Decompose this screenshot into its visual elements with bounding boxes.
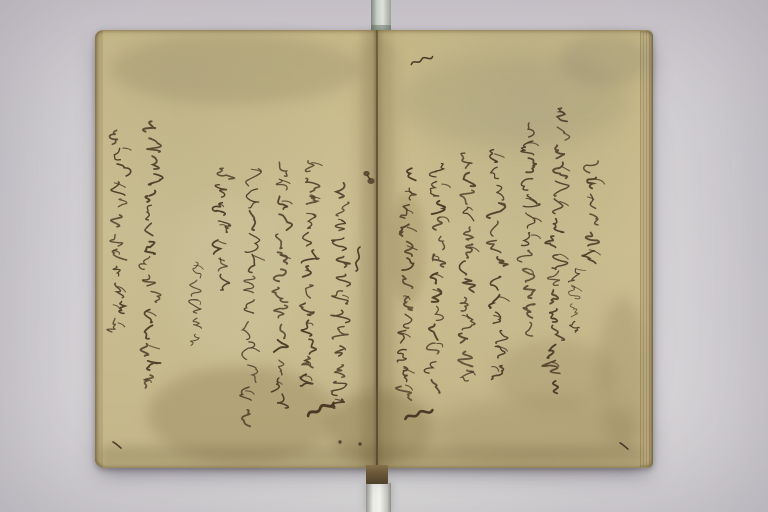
photograph (0, 0, 768, 512)
right-page (377, 30, 653, 468)
binding-notch (366, 465, 388, 484)
page-fore-edge (640, 31, 653, 467)
left-page-edge (95, 31, 103, 467)
gutter-fold-line (376, 30, 378, 468)
display-stand-top (371, 0, 391, 34)
left-page (95, 30, 377, 468)
display-stand-bottom (366, 483, 391, 512)
open-manuscript-book (95, 30, 653, 468)
